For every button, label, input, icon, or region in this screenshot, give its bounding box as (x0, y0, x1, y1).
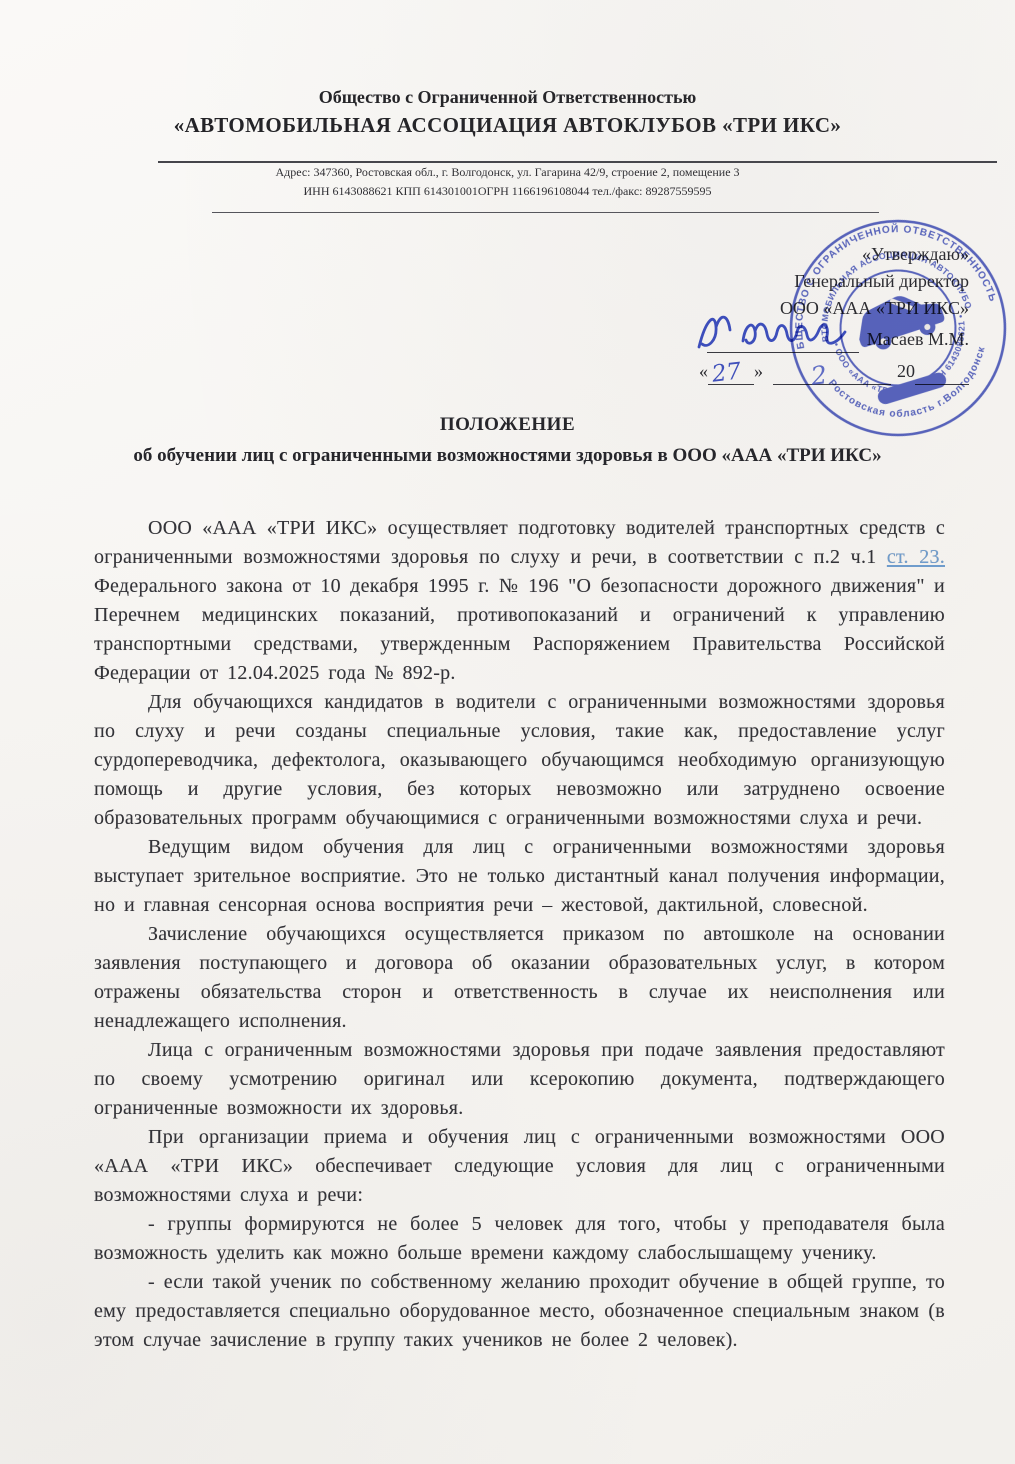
paragraph-conditions-intro: При организации приема и обучения лиц с … (94, 1123, 945, 1210)
paragraph-enrollment: Зачисление обучающихся осуществляется пр… (94, 920, 945, 1036)
handwritten-day: 27 (710, 358, 742, 388)
org-address: Адрес: 347360, Ростовская обл., г. Волго… (0, 163, 1015, 182)
document-page: Общество с Ограниченной Ответственностью… (0, 0, 1015, 1464)
paragraph-intro-end: Федерального закона от 10 декабря 1995 г… (94, 575, 945, 684)
paragraph-intro-start: ООО «ААА «ТРИ ИКС» осуществляет подготов… (94, 517, 945, 568)
letterhead: Общество с Ограниченной Ответственностью… (0, 0, 1015, 213)
paragraph-bullet-general-group: - если такой ученик по собственному жела… (94, 1268, 945, 1355)
car-icon (850, 284, 948, 355)
date-quote-close: » (754, 361, 763, 381)
org-requisites: ИНН 6143088621 КПП 614301001ОГРН 1166196… (0, 182, 1015, 201)
letterhead-divider-bottom (212, 212, 879, 213)
date-day-blank: 27 (708, 364, 754, 385)
document-body: ООО «ААА «ТРИ ИКС» осуществляет подготов… (0, 514, 1015, 1355)
law-article-link[interactable]: ст. 23. (887, 546, 945, 568)
paragraph-intro: ООО «ААА «ТРИ ИКС» осуществляет подготов… (94, 514, 945, 688)
paragraph-special-conditions: Для обучающихся кандидатов в водители с … (94, 688, 945, 833)
paragraph-visual-perception: Ведущим видом обучения для лиц с огранич… (94, 833, 945, 920)
date-quote-open: « (699, 361, 708, 381)
org-type: Общество с Ограниченной Ответственностью (0, 86, 1015, 108)
paragraph-documents: Лица с ограниченным возможностями здоров… (94, 1036, 945, 1123)
paragraph-bullet-groups: - группы формируются не более 5 человек … (94, 1210, 945, 1268)
org-name: «АВТОМОБИЛЬНАЯ АССОЦИАЦИЯ АВТОКЛУБОВ «ТР… (0, 113, 1015, 137)
